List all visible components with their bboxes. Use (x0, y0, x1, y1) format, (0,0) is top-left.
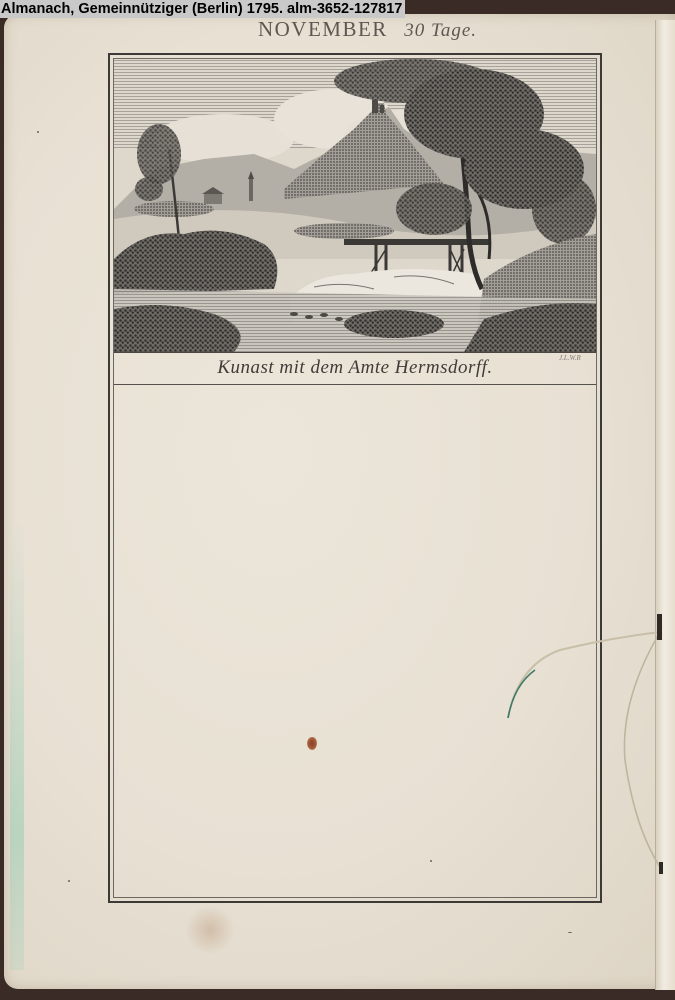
paper-speck (430, 860, 432, 862)
landscape-engraving (114, 59, 596, 353)
paper-speck (37, 131, 39, 133)
month-title: November (258, 17, 388, 42)
paper-speck (568, 932, 572, 933)
foxing-spot (185, 905, 235, 955)
paper-speck (68, 880, 70, 882)
image-caption-bar: Almanach, Gemeinnütziger (Berlin) 1795. … (0, 0, 405, 18)
binding-thread (500, 600, 675, 890)
days-count: 30 Tage. (404, 20, 477, 41)
ink-stain (307, 737, 317, 750)
engraving-illustration (114, 59, 596, 352)
engraver-signature: J.L.W.R (559, 354, 581, 362)
running-head: November 30 Tage. (0, 17, 675, 42)
engraving-caption: Kunast mit dem Amte Hermsdorff. (114, 354, 596, 384)
page-edge-green-tint (10, 520, 24, 970)
